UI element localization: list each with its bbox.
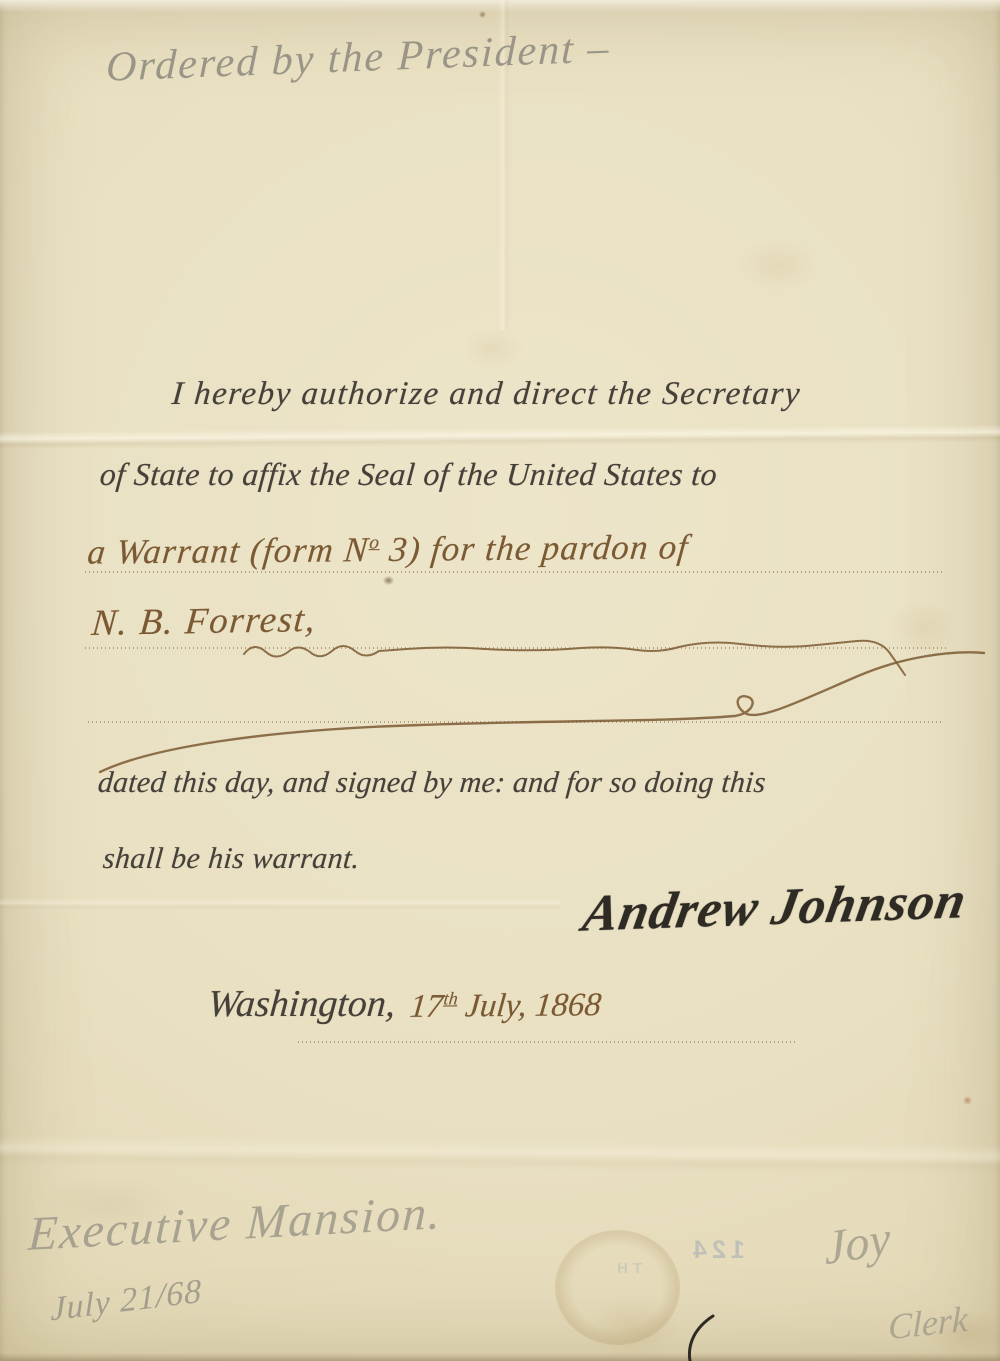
dateline-day: 17: [408, 989, 444, 1025]
dateline-rest: July, 1868: [455, 987, 603, 1024]
body-line-2: of State to affix the Seal of the United…: [98, 456, 718, 493]
form-rule-3: [88, 721, 944, 723]
ghost-stamp-letters: TH: [612, 1260, 642, 1277]
fill-warrant-post: 3) for the pardon of: [378, 527, 691, 569]
squiggle-fill-line: [244, 641, 905, 675]
dateline: Washington,17th July, 1868: [208, 982, 601, 1026]
pencil-executive-mansion: Executive Mansion.: [27, 1185, 444, 1262]
fold-crease-middle: [0, 898, 560, 910]
foxing-spot: [963, 1096, 972, 1105]
pen-stroke-bottom: [689, 1316, 713, 1361]
body-line-4: shall be his warrant.: [102, 842, 362, 876]
body-line-3: dated this day, and signed by me: and fo…: [97, 766, 768, 800]
foxing-spot: [735, 238, 820, 293]
foxing-spot: [479, 11, 486, 18]
fold-crease-upper: [0, 424, 1000, 449]
signature-andrew-johnson: Andrew Johnson: [578, 871, 971, 943]
paper-top-edge: [0, 0, 1000, 12]
pencil-clerk-name: Joy: [823, 1211, 892, 1277]
dateline-place: Washington,: [206, 982, 397, 1026]
fill-line-pardon-name: N. B. Forrest,: [90, 598, 318, 645]
body-line-1: I hereby authorize and direct the Secret…: [170, 376, 802, 413]
flourish-empty-line: [100, 652, 984, 772]
foxing-spot: [462, 328, 524, 370]
fill-line-warrant: a Warrant (form No 3) for the pardon of: [86, 527, 691, 572]
form-rule-date: [298, 1041, 798, 1043]
ghost-stamp-number: 124: [688, 1236, 745, 1265]
pencil-received-date: July 21/68: [50, 1273, 202, 1330]
fold-crease-lower: [0, 1136, 1000, 1175]
pencil-annotation-top: Ordered by the President –: [105, 24, 611, 91]
water-stain: [585, 1295, 680, 1361]
water-stain: [555, 1230, 680, 1345]
pen-flourishes: [0, 0, 1000, 1361]
dateline-date: 17th July, 1868: [408, 987, 603, 1026]
fill-warrant-pre: a Warrant (form N: [86, 530, 371, 571]
document-page: Ordered by the President – I hereby auth…: [0, 0, 1000, 1361]
ink-blot: [383, 576, 394, 585]
paper-bottom-edge: [0, 1353, 1000, 1361]
form-rule-2: [85, 647, 947, 649]
pencil-clerk-title: Clerk: [888, 1298, 968, 1349]
